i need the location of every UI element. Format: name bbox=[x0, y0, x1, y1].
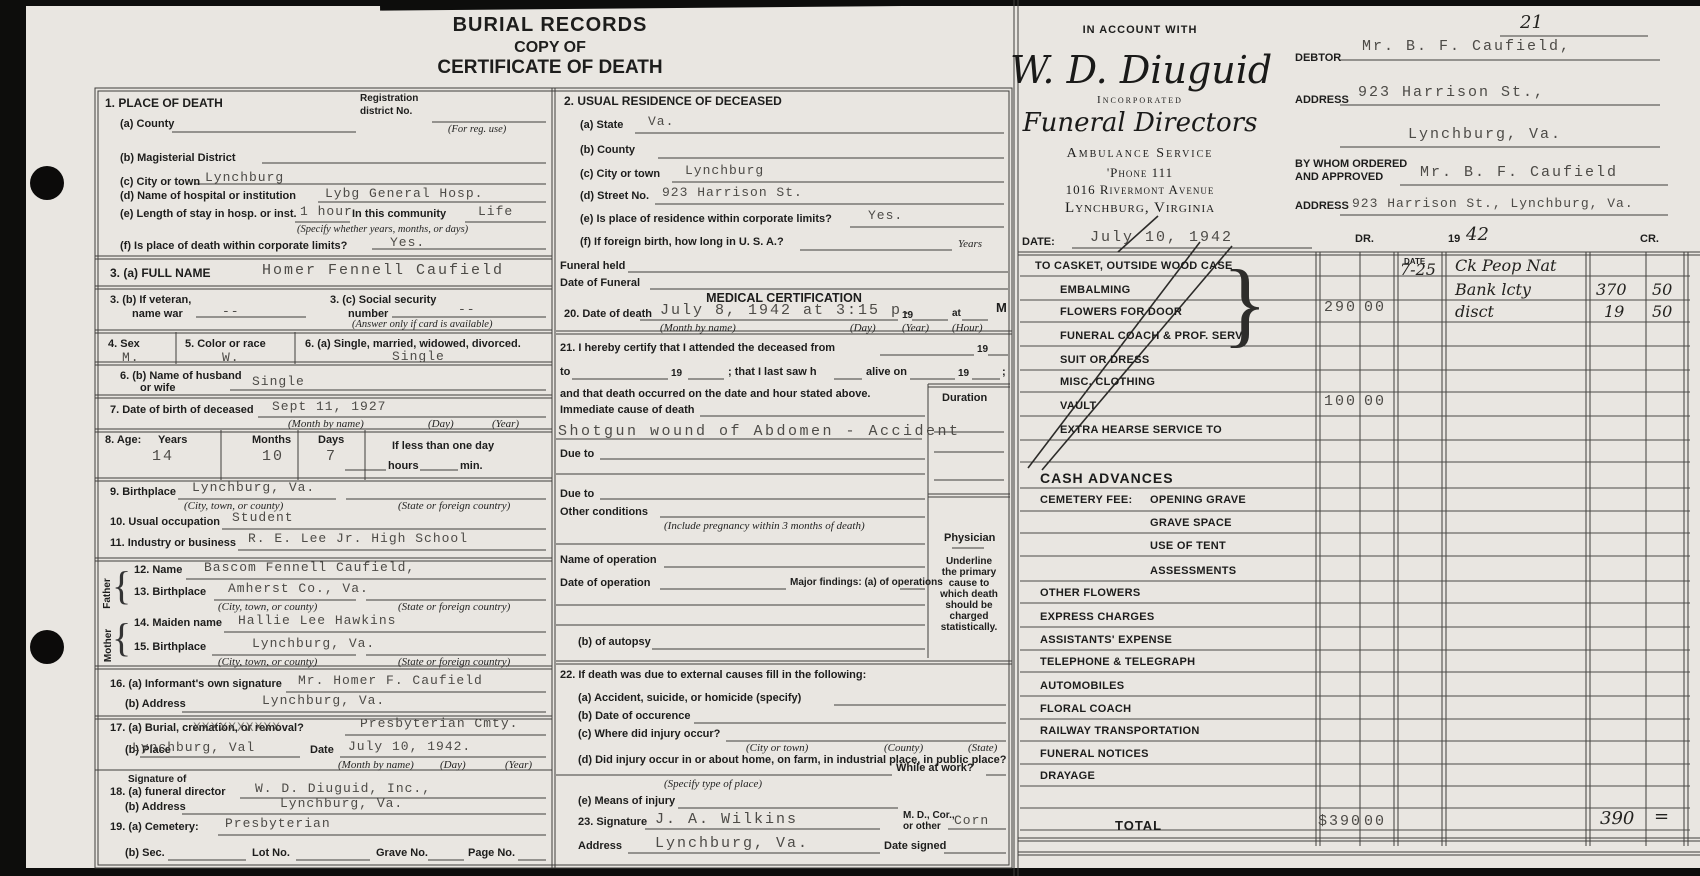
section1-heading: 1. PLACE OF DEATH bbox=[105, 96, 223, 110]
for-reg-use-note: (For reg. use) bbox=[448, 124, 506, 135]
funeral-director-value: W. D. Diuguid, Inc., bbox=[255, 781, 431, 796]
father-city-note: (City, town, or county) bbox=[218, 601, 317, 613]
dob-year-note: (Year) bbox=[492, 418, 519, 430]
physician-note-5: should be bbox=[928, 600, 1010, 611]
burial-month-note: (Month by name) bbox=[338, 759, 414, 771]
sex-label: 4. Sex bbox=[108, 338, 140, 350]
total-cr-equals: = bbox=[1654, 806, 1669, 827]
stay-value: 1 hour bbox=[300, 204, 353, 219]
mother-brace: { bbox=[112, 614, 131, 661]
burial-place-value: Lynchburg, Val bbox=[132, 740, 255, 755]
name-war-value: -- bbox=[222, 304, 240, 319]
item-embalming: EMBALMING bbox=[1060, 284, 1131, 296]
debtor-address-value-1: 923 Harrison St., bbox=[1358, 84, 1545, 101]
accident-suicide-label: (a) Accident, suicide, or homicide (spec… bbox=[578, 692, 801, 704]
physician-label: Physician bbox=[944, 532, 995, 544]
semicolon: ; bbox=[1002, 366, 1006, 378]
occupation-value: Student bbox=[232, 510, 294, 525]
injury-city-note: (City or town) bbox=[746, 742, 808, 754]
name-war-label: name war bbox=[132, 308, 183, 320]
dob-value: Sept 11, 1927 bbox=[272, 399, 386, 414]
res-city-label: (c) City or town bbox=[580, 168, 660, 180]
death-m-label: M bbox=[996, 300, 1007, 315]
total-cr-dollars: 390 bbox=[1600, 808, 1634, 829]
section22-heading: 22. If death was due to external causes … bbox=[560, 669, 866, 681]
city-state-label: Lynchburg, Virginia bbox=[1020, 200, 1260, 217]
mother-city-note: (City, town, or county) bbox=[218, 656, 317, 668]
min-label: min. bbox=[460, 460, 483, 472]
physician-note-3: cause to bbox=[928, 578, 1010, 589]
injury-state-note: (State) bbox=[968, 742, 997, 754]
debtor-address-value-2: Lynchburg, Va. bbox=[1408, 126, 1562, 143]
credit-date: 7-25 bbox=[1400, 260, 1436, 279]
funeral-director-label-2: 18. (a) funeral director bbox=[110, 786, 226, 798]
attended-label: 21. I hereby certify that I attended the… bbox=[560, 342, 835, 354]
sex-value: M. bbox=[122, 350, 140, 365]
duration-label: Duration bbox=[942, 392, 987, 404]
incorporated-label: Incorporated bbox=[1020, 94, 1260, 106]
foreign-birth-label: (f) If foreign birth, how long in U. S. … bbox=[580, 236, 784, 248]
firm-name: W. D. Diuguid bbox=[1010, 48, 1270, 92]
age-days-value: 7 bbox=[326, 448, 337, 465]
adv-opening-grave: OPENING GRAVE bbox=[1150, 494, 1246, 506]
adv-telephone-telegraph: TELEPHONE & TELEGRAPH bbox=[1040, 656, 1195, 668]
adv-automobiles: AUTOMOBILES bbox=[1040, 680, 1124, 692]
funeral-director-label-1: Signature of bbox=[128, 774, 186, 785]
res-street-value: 923 Harrison St. bbox=[662, 185, 803, 200]
item-misc-clothing: MISC. CLOTHING bbox=[1060, 376, 1155, 388]
hours-label: hours bbox=[388, 460, 419, 472]
father-brace: { bbox=[112, 562, 131, 609]
burial-date-value: July 10, 1942. bbox=[348, 739, 471, 754]
death-month-note: (Month by name) bbox=[660, 322, 736, 334]
attended-19c: 19 bbox=[958, 368, 969, 379]
while-at-work-label: While at work? bbox=[896, 762, 974, 774]
acct-date-label: DATE: bbox=[1022, 236, 1055, 248]
credit-amount-19-cents: 50 bbox=[1652, 302, 1672, 321]
autopsy-label: (b) of autopsy bbox=[578, 636, 651, 648]
section2-heading: 2. USUAL RESIDENCE OF DECEASED bbox=[564, 94, 782, 108]
doc-subtitle-2: CERTIFICATE OF DEATH bbox=[300, 57, 800, 79]
items-brace: } bbox=[1222, 248, 1268, 358]
birthplace-state-note: (State or foreign country) bbox=[398, 500, 510, 512]
burial-day-note: (Day) bbox=[440, 759, 466, 771]
community-value: Life bbox=[478, 204, 513, 219]
community-label: In this community bbox=[352, 208, 446, 220]
date-of-funeral-label: Date of Funeral bbox=[560, 277, 640, 289]
mother-maiden-value: Hallie Lee Hawkins bbox=[238, 613, 396, 628]
death-occurred-label: and that death occurred on the date and … bbox=[560, 388, 871, 400]
year-19-label: 19 bbox=[1448, 233, 1460, 245]
due-to-label-2: Due to bbox=[560, 488, 594, 500]
res-city-value: Lynchburg bbox=[685, 163, 764, 178]
funeral-held-label: Funeral held bbox=[560, 260, 625, 272]
means-injury-label: (e) Means of injury bbox=[578, 795, 675, 807]
burial-type-strikeout: XXXXXXXXXX bbox=[193, 720, 281, 735]
burial-year-note: (Year) bbox=[505, 759, 532, 771]
stay-label: (e) Length of stay in hosp. or inst. bbox=[120, 208, 297, 220]
page-no-label: Page No. bbox=[468, 847, 515, 859]
other-conditions-label: Other conditions bbox=[560, 506, 648, 518]
total-dr-dollars: $390 bbox=[1318, 813, 1362, 830]
md-cor-label-1: M. D., Cor., bbox=[903, 810, 955, 821]
city-town-label: (c) City or town bbox=[120, 176, 200, 188]
res-corp-value: Yes. bbox=[868, 208, 903, 223]
ordered-address-value: 923 Harrison St., Lynchburg, Va. bbox=[1352, 196, 1634, 211]
hospital-value: Lybg General Hosp. bbox=[325, 186, 483, 201]
age-months-value: 10 bbox=[262, 448, 284, 465]
adv-other-flowers: OTHER FLOWERS bbox=[1040, 587, 1140, 599]
physician-note-7: statistically. bbox=[928, 622, 1010, 633]
credit-line-1: Ck Peop Nat bbox=[1455, 256, 1556, 275]
adv-express-charges: EXPRESS CHARGES bbox=[1040, 611, 1155, 623]
credit-line-3: disct bbox=[1455, 302, 1494, 321]
death-year-note: (Year) bbox=[902, 322, 929, 334]
ordered-by-label-1: BY WHOM ORDERED bbox=[1295, 158, 1407, 170]
physician-note-1: Underline bbox=[928, 556, 1010, 567]
marital-value: Single bbox=[392, 349, 445, 364]
hospital-label: (d) Name of hospital or institution bbox=[120, 190, 296, 202]
physician-note-6: charged bbox=[928, 611, 1010, 622]
item-extra-hearse: EXTRA HEARSE SERVICE TO bbox=[1060, 424, 1222, 436]
debtor-label: DEBTOR bbox=[1295, 52, 1341, 64]
ssn-value: -- bbox=[458, 302, 476, 317]
item-vault: VAULT bbox=[1060, 400, 1097, 412]
operation-date-label: Date of operation bbox=[560, 577, 650, 589]
adv-assessments: ASSESSMENTS bbox=[1150, 565, 1236, 577]
sec-label: (b) Sec. bbox=[125, 847, 165, 859]
specify-place-note: (Specify type of place) bbox=[664, 778, 762, 790]
attended-19b: 19 bbox=[671, 368, 682, 379]
spouse-label-1: 6. (b) Name of husband bbox=[120, 370, 242, 382]
alive-on-label: alive on bbox=[866, 366, 907, 378]
race-value: W. bbox=[222, 350, 240, 365]
date-occurrence-label: (b) Date of occurence bbox=[578, 710, 690, 722]
father-birthplace-value: Amherst Co., Va. bbox=[228, 581, 369, 596]
ledger-page-number: 21 bbox=[1520, 12, 1543, 33]
burial-date-label: Date bbox=[310, 744, 334, 756]
informant-address-value: Lynchburg, Va. bbox=[262, 693, 385, 708]
age-years-label: Years bbox=[158, 434, 187, 446]
magisterial-label: (b) Magisterial District bbox=[120, 152, 236, 164]
informant-label: 16. (a) Informant's own signature bbox=[110, 678, 282, 690]
informant-value: Mr. Homer F. Caufield bbox=[298, 673, 483, 688]
grave-no-label: Grave No. bbox=[376, 847, 428, 859]
father-state-note: (State or foreign country) bbox=[398, 601, 510, 613]
dob-label: 7. Date of birth of deceased bbox=[110, 404, 254, 416]
sig-address-value: Lynchburg, Va. bbox=[655, 835, 809, 852]
total-dr-cents: 00 bbox=[1364, 813, 1386, 830]
md-cor-value: Corn bbox=[954, 813, 989, 828]
death-19-prefix: 19 bbox=[902, 310, 913, 321]
adv-funeral-notices: FUNERAL NOTICES bbox=[1040, 748, 1149, 760]
cemetery-label: 19. (a) Cemetery: bbox=[110, 821, 199, 833]
where-injury-label: (c) Where did injury occur? bbox=[578, 728, 720, 740]
ssn-note: (Answer only if card is available) bbox=[352, 319, 492, 330]
date-of-death-label: 20. Date of death bbox=[564, 308, 652, 320]
adv-use-of-tent: USE OF TENT bbox=[1150, 540, 1226, 552]
spouse-value: Single bbox=[252, 374, 305, 389]
full-name-label: 3. (a) FULL NAME bbox=[110, 266, 210, 280]
last-saw-label: ; that I last saw h bbox=[728, 366, 817, 378]
dr-amount-290-cents: 00 bbox=[1364, 299, 1386, 316]
informant-address-label: (b) Address bbox=[125, 698, 186, 710]
adv-grave-space: GRAVE SPACE bbox=[1150, 517, 1232, 529]
corp-limits-label: (f) Is place of death within corporate l… bbox=[120, 240, 347, 252]
cemetery-value: Presbyterian bbox=[225, 816, 331, 831]
credit-amount-19: 19 bbox=[1604, 302, 1624, 321]
dr-column-label: DR. bbox=[1355, 233, 1374, 245]
year-hand-value: 42 bbox=[1466, 224, 1489, 245]
adv-assistants-expense: ASSISTANTS' EXPENSE bbox=[1040, 634, 1172, 646]
foreign-years-label: Years bbox=[958, 238, 982, 250]
death-day-note: (Day) bbox=[850, 322, 876, 334]
age-years-value: 14 bbox=[152, 448, 174, 465]
attended-to-label: to bbox=[560, 366, 570, 378]
age-label: 8. Age: bbox=[105, 434, 141, 446]
firm-type: Funeral Directors bbox=[1010, 108, 1270, 138]
date-of-death-value: July 8, 1942 at 3:15 p. bbox=[660, 302, 913, 319]
ssn-label: 3. (c) Social security bbox=[330, 294, 436, 306]
credit-line-2: Bank lcty bbox=[1455, 280, 1531, 299]
dob-day-note: (Day) bbox=[428, 418, 454, 430]
credit-amount-370: 370 bbox=[1596, 280, 1627, 299]
dr-amount-100-cents: 00 bbox=[1364, 393, 1386, 410]
operation-name-label: Name of operation bbox=[560, 554, 657, 566]
dr-amount-100: 100 bbox=[1324, 393, 1357, 410]
adv-drayage: DRAYAGE bbox=[1040, 770, 1095, 782]
occupation-label: 10. Usual occupation bbox=[110, 516, 220, 528]
father-name-value: Bascom Fennell Caufield, bbox=[204, 560, 415, 575]
mother-birthplace-label: 15. Birthplace bbox=[134, 641, 206, 653]
full-name-value: Homer Fennell Caufield bbox=[262, 262, 504, 279]
father-birthplace-label: 13. Birthplace bbox=[134, 586, 206, 598]
item-flowers-door: FLOWERS FOR DOOR bbox=[1060, 306, 1182, 318]
burial-type-value: Presbyterian Cmty. bbox=[360, 716, 518, 731]
ordered-address-label: ADDRESS bbox=[1295, 200, 1349, 212]
md-cor-label-2: or other bbox=[903, 821, 941, 832]
director-address-label: (b) Address bbox=[125, 801, 186, 813]
adv-railway-transportation: RAILWAY TRANSPORTATION bbox=[1040, 725, 1200, 737]
mother-state-note: (State or foreign country) bbox=[398, 656, 510, 668]
attended-19a: 19 bbox=[977, 344, 988, 355]
debtor-value: Mr. B. F. Caufield, bbox=[1362, 38, 1571, 55]
acct-date-value: July 10, 1942 bbox=[1090, 229, 1233, 246]
physician-note-2: the primary bbox=[928, 567, 1010, 578]
adv-cemetery-fee: CEMETERY FEE: bbox=[1040, 494, 1133, 506]
corp-limits-value: Yes. bbox=[390, 235, 425, 250]
race-label: 5. Color or race bbox=[185, 338, 266, 350]
physician-note-4: which death bbox=[928, 589, 1010, 600]
city-town-value: Lynchburg bbox=[205, 170, 284, 185]
immediate-cause-label: Immediate cause of death bbox=[560, 404, 695, 416]
age-days-label: Days bbox=[318, 434, 344, 446]
birthplace-label: 9. Birthplace bbox=[110, 486, 176, 498]
veteran-label: 3. (b) If veteran, bbox=[110, 294, 191, 306]
signature-value: J. A. Wilkins bbox=[655, 811, 798, 828]
injury-county-note: (County) bbox=[884, 742, 923, 754]
pregnancy-note: (Include pregnancy within 3 months of de… bbox=[664, 520, 865, 532]
ordered-by-value: Mr. B. F. Caufield bbox=[1420, 164, 1618, 181]
registration-label: Registration bbox=[360, 93, 418, 104]
cash-advances-heading: CASH ADVANCES bbox=[1040, 470, 1174, 486]
director-address-value: Lynchburg, Va. bbox=[280, 796, 403, 811]
father-name-label: 12. Name bbox=[134, 564, 182, 576]
res-corp-label: (e) Is place of residence within corpora… bbox=[580, 213, 832, 225]
debtor-address-label: ADDRESS bbox=[1295, 94, 1349, 106]
res-state-label: (a) State bbox=[580, 119, 623, 131]
spouse-label-2: or wife bbox=[140, 382, 175, 394]
ambulance-service-label: Ambulance Service bbox=[1020, 146, 1260, 162]
phone-label: 'Phone 111 bbox=[1020, 165, 1260, 181]
due-to-label-1: Due to bbox=[560, 448, 594, 460]
street-address-label: 1016 Rivermont Avenue bbox=[1020, 182, 1260, 198]
birthplace-value: Lynchburg, Va. bbox=[192, 480, 315, 495]
county-label: (a) County bbox=[120, 118, 174, 130]
mother-maiden-label: 14. Maiden name bbox=[134, 617, 222, 629]
date-signed-label: Date signed bbox=[884, 840, 946, 852]
death-hour-note: (Hour) bbox=[952, 322, 983, 334]
item-suit-dress: SUIT OR DRESS bbox=[1060, 354, 1149, 366]
major-findings-label: Major findings: (a) of operations bbox=[790, 577, 943, 588]
scanned-burial-record-page: BURIAL RECORDS COPY OF CERTIFICATE OF DE… bbox=[0, 0, 1700, 876]
mother-birthplace-value: Lynchburg, Va. bbox=[252, 636, 375, 651]
sig-address-label: Address bbox=[578, 840, 622, 852]
district-no-label: district No. bbox=[360, 106, 412, 117]
less-one-day-label: If less than one day bbox=[392, 440, 494, 452]
industry-label: 11. Industry or business bbox=[110, 537, 236, 549]
signature-label: 23. Signature bbox=[578, 816, 647, 828]
ordered-by-label-2: AND APPROVED bbox=[1295, 171, 1383, 183]
in-account-with-label: IN ACCOUNT WITH bbox=[1020, 24, 1260, 36]
adv-floral-coach: FLORAL COACH bbox=[1040, 703, 1131, 715]
cause-of-death-value: Shotgun wound of Abdomen - Accident bbox=[558, 423, 961, 440]
res-county-label: (b) County bbox=[580, 144, 635, 156]
credit-amount-370-cents: 50 bbox=[1652, 280, 1672, 299]
res-street-label: (d) Street No. bbox=[580, 190, 649, 202]
total-label: TOTAL bbox=[1115, 818, 1162, 833]
item-funeral-coach: FUNERAL COACH & PROF. SERV. bbox=[1060, 330, 1245, 342]
dob-month-note: (Month by name) bbox=[288, 418, 364, 430]
cr-column-label: CR. bbox=[1640, 233, 1659, 245]
item-casket: TO CASKET, OUTSIDE WOOD CASE bbox=[1035, 260, 1233, 272]
res-state-value: Va. bbox=[648, 114, 674, 129]
lot-no-label: Lot No. bbox=[252, 847, 290, 859]
doc-subtitle-1: COPY OF bbox=[300, 39, 800, 57]
specify-note: (Specify whether years, months, or days) bbox=[297, 224, 468, 235]
industry-value: R. E. Lee Jr. High School bbox=[248, 531, 468, 546]
doc-title: BURIAL RECORDS bbox=[300, 14, 800, 37]
dr-amount-290: 290 bbox=[1324, 299, 1357, 316]
age-months-label: Months bbox=[252, 434, 291, 446]
death-at-label: at bbox=[952, 308, 961, 319]
